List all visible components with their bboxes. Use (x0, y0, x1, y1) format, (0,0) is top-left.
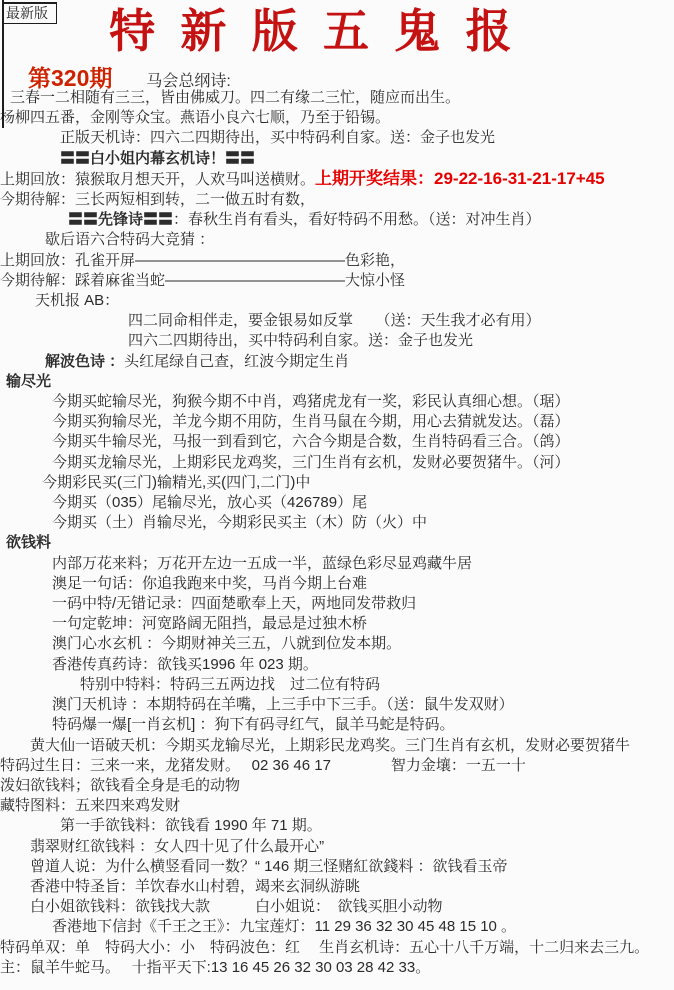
text-line: 今期待解：踩着麻雀当蛇————————————大惊小怪 (0, 271, 674, 291)
text-segment: 正版天机诗：四六二四期待出，买中特码利自家。送：金子也发光 (60, 129, 495, 146)
text-segment: 曾道人说：为什么横竖看同一数？“ 146 期三怪赌紅欲錢料 ：欲钱看玉帝 (30, 858, 508, 875)
text-segment: 澳门天机诗 ：本期特码在羊嘴，上三手中下三手。（送：鼠牛发双财） (52, 696, 514, 713)
text-line: 三春一二相随有三三，皆由佛威刀。四二有缘二三忙，随应而出生。 (10, 88, 674, 108)
text-segment: 香港地下信封《千王之王》：九宝莲灯：11 29 36 32 30 45 48 1… (52, 918, 516, 935)
text-segment: 一码中特/无错记录：四面楚歌奉上天，两地同发带救归 (52, 595, 416, 612)
text-line: 今期买（土）肖输尽光，今期彩民买主（木）防（火）中 (52, 513, 674, 533)
text-line: 欲钱料 (6, 533, 674, 553)
text-segment: 杨柳四五番，金刚等众宝。燕语小良六七顺，乃至于铅锡。 (0, 109, 390, 126)
text-line: 泼妇欲钱料；欲钱看全身是毛的动物 (0, 776, 674, 796)
text-line: 第一手欲钱料：欲钱看 1990 年 71 期。 (60, 816, 674, 836)
text-segment: 欲钱料 (6, 534, 51, 551)
text-segment: 上期回放：孔雀开屏——————————————色彩艳， (0, 252, 405, 269)
text-segment: 内部万花来料；万花开左边一五成一半，蓝绿色彩尽显鸡藏牛居 (52, 555, 472, 572)
text-segment: 特别中特料：特码三五两边找 过二位有特码 (80, 676, 380, 693)
text-segment: 头红尾绿自己查，红波今期定生肖 (124, 353, 349, 370)
text-line: 曾道人说：为什么横竖看同一数？“ 146 期三怪赌紅欲錢料 ：欲钱看玉帝 (30, 857, 674, 877)
text-line: 今期买狗输尽光，羊龙今期不用防，生肖马鼠在今期，用心去猜就发达。（磊） (52, 412, 674, 432)
text-segment: 特码爆一爆[一肖玄机] ：狗下有码寻红气，鼠羊马蛇是特码。 (52, 716, 455, 733)
text-line: 〓〓白小姐内幕玄机诗！〓〓 (60, 149, 674, 169)
text-segment: 今期买牛输尽光，马报一到看到它，六合今期是合数，生肖特码看三合。（鸽） (52, 433, 570, 450)
text-segment: 主：鼠羊牛蛇马。 十指平天下:13 16 45 26 32 30 03 28 4… (0, 959, 430, 976)
text-segment: 上期回放：猿猴取月想天开，人欢马叫送横财。 (0, 171, 315, 188)
text-segment: 解波色诗 ： (45, 353, 124, 370)
text-segment: 一句定乾坤：河宽路阔无阻挡，最忌是过独木桥 (52, 615, 367, 632)
text-line: 今期买牛输尽光，马报一到看到它，六合今期是合数，生肖特码看三合。（鸽） (52, 432, 674, 452)
text-line: 输尽光 (6, 372, 674, 392)
text-line: 翡翠财红欲钱料 ：女人四十见了什么最开心” (30, 837, 674, 857)
text-segment: ：春秋生肖有看头，看好特码不用愁。（送：对冲生肖） (173, 211, 541, 228)
text-line: 特码单双：单 特码大小：小 特码波色：红 生肖玄机诗：五心十八千万端，十二归来去… (0, 938, 674, 958)
text-segment: 今期待解：踩着麻雀当蛇————————————大惊小怪 (0, 272, 405, 289)
text-segment: 天机报 AB： (35, 292, 119, 309)
text-segment: 香港传真药诗：欲钱买1996 年 023 期。 (52, 656, 318, 673)
text-segment: 今期买龙输尽光，上期彩民龙鸡奖，三门生肖有玄机，发财必要贺猪牛。（河） (52, 454, 570, 471)
document: 最新版 特新版五鬼报 第320期马会总纲诗: 三春一二相随有三三，皆由佛威刀。四… (0, 0, 674, 978)
text-segment: 藏特图料：五来四来鸡发财 (0, 797, 180, 814)
text-line: 香港传真药诗：欲钱买1996 年 023 期。 (52, 655, 674, 675)
text-segment: 白小姐欲钱料：欲钱找大款 白小姐说： 欲钱买胆小动物 (30, 898, 443, 915)
text-segment: 四二同命相伴走，要金银易如反掌 （送：天生我才必有用） (128, 312, 541, 329)
text-segment: 三春一二相随有三三，皆由佛威刀。四二有缘二三忙，随应而出生。 (10, 89, 460, 106)
text-segment: 今期买（035）尾输尽光，放心买（426789）尾 (52, 494, 367, 511)
content-lines: 三春一二相随有三三，皆由佛威刀。四二有缘二三忙，随应而出生。杨柳四五番，金刚等众… (0, 88, 674, 978)
text-line: 一句定乾坤：河宽路阔无阻挡，最忌是过独木桥 (52, 614, 674, 634)
text-line: 天机报 AB： (35, 291, 674, 311)
text-segment: 特码过生日：三来一来，龙猪发财。 02 36 46 17 智力金壤：一五一十 (0, 757, 526, 774)
page-title: 特新版五鬼报 (0, 0, 660, 58)
text-line: 黄大仙一语破天机：今期买龙输尽光，上期彩民龙鸡奖。三门生肖有玄机，发财必要贺猪牛 (30, 736, 674, 756)
text-segment: 四六二四期待出，买中特码利自家。送：金子也发光 (128, 332, 473, 349)
text-line: 上期回放：孔雀开屏——————————————色彩艳， (0, 251, 674, 271)
text-segment: 今期彩民买(三门)输精光,买(四门,二门)中 (42, 474, 310, 491)
text-segment: 〓〓白小姐内幕玄机诗！〓〓 (60, 150, 255, 167)
text-line: 〓〓先锋诗〓〓：春秋生肖有看头，看好特码不用愁。（送：对冲生肖） (68, 210, 674, 230)
text-segment: 香港中特圣旨：羊饮春水山村碧，竭来玄洞纵游眺 (30, 878, 360, 895)
text-segment: 特码单双：单 特码大小：小 特码波色：红 生肖玄机诗：五心十八千万端，十二归来去… (0, 939, 649, 956)
text-segment: 上期开奖结果：29-22-16-31-21-17+45 (315, 169, 605, 188)
text-line: 上期回放：猿猴取月想天开，人欢马叫送横财。上期开奖结果：29-22-16-31-… (0, 169, 674, 190)
text-segment: 泼妇欲钱料；欲钱看全身是毛的动物 (0, 777, 240, 794)
text-segment: 黄大仙一语破天机：今期买龙输尽光，上期彩民龙鸡奖。三门生肖有玄机，发财必要贺猪牛 (30, 737, 630, 754)
text-line: 四六二四期待出，买中特码利自家。送：金子也发光 (128, 331, 674, 351)
text-segment: 第一手欲钱料：欲钱看 1990 年 71 期。 (60, 817, 322, 834)
text-segment: 澳足一句话：你追我跑来中奖，马肖今期上台难 (52, 575, 367, 592)
text-line: 正版天机诗：四六二四期待出，买中特码利自家。送：金子也发光 (60, 128, 674, 148)
text-line: 四二同命相伴走，要金银易如反掌 （送：天生我才必有用） (128, 311, 674, 331)
text-line: 今期彩民买(三门)输精光,买(四门,二门)中 (42, 473, 674, 493)
text-line: 今期买龙输尽光，上期彩民龙鸡奖，三门生肖有玄机，发财必要贺猪牛。（河） (52, 453, 674, 473)
text-line: 内部万花来料；万花开左边一五成一半，蓝绿色彩尽显鸡藏牛居 (52, 554, 674, 574)
text-line: 歇后语六合特码大竞猜 ： (45, 230, 674, 250)
text-segment: 〓〓先锋诗〓〓 (68, 211, 173, 228)
text-line: 今期待解：三长两短相到转，二一做五时有数， (0, 190, 674, 210)
text-segment: 输尽光 (6, 373, 51, 390)
text-segment: 澳门心水玄机 ：今期财神关三五，八就到位发本期。 (52, 635, 401, 652)
text-segment: 今期待解：三长两短相到转，二一做五时有数， (0, 191, 315, 208)
text-line: 杨柳四五番，金刚等众宝。燕语小良六七顺，乃至于铅锡。 (0, 108, 674, 128)
text-line: 香港中特圣旨：羊饮春水山村碧，竭来玄洞纵游眺 (30, 877, 674, 897)
text-line: 一码中特/无错记录：四面楚歌奉上天，两地同发带救归 (52, 594, 674, 614)
text-line: 藏特图料：五来四来鸡发财 (0, 796, 674, 816)
text-line: 特别中特料：特码三五两边找 过二位有特码 (80, 675, 674, 695)
text-segment: 今期买（土）肖输尽光，今期彩民买主（木）防（火）中 (52, 514, 427, 531)
text-segment: 歇后语六合特码大竞猜 ： (45, 231, 214, 248)
issue-row: 第320期马会总纲诗: (28, 60, 674, 86)
text-line: 香港地下信封《千王之王》：九宝莲灯：11 29 36 32 30 45 48 1… (52, 917, 674, 937)
text-segment: 今期买蛇输尽光，狗猴今期不中肖，鸡猪虎龙有一奖，彩民认真细心想。（琚） (52, 393, 570, 410)
text-line: 特码过生日：三来一来，龙猪发财。 02 36 46 17 智力金壤：一五一十 (0, 756, 674, 776)
text-line: 解波色诗 ：头红尾绿自己查，红波今期定生肖 (45, 352, 674, 372)
text-line: 主：鼠羊牛蛇马。 十指平天下:13 16 45 26 32 30 03 28 4… (0, 958, 674, 978)
text-segment: 翡翠财红欲钱料 ：女人四十见了什么最开心” (30, 838, 324, 855)
text-line: 白小姐欲钱料：欲钱找大款 白小姐说： 欲钱买胆小动物 (30, 897, 674, 917)
text-line: 今期买蛇输尽光，狗猴今期不中肖，鸡猪虎龙有一奖，彩民认真细心想。（琚） (52, 392, 674, 412)
text-line: 今期买（035）尾输尽光，放心买（426789）尾 (52, 493, 674, 513)
text-line: 澳足一句话：你追我跑来中奖，马肖今期上台难 (52, 574, 674, 594)
text-line: 澳门心水玄机 ：今期财神关三五，八就到位发本期。 (52, 634, 674, 654)
text-line: 特码爆一爆[一肖玄机] ：狗下有码寻红气，鼠羊马蛇是特码。 (52, 715, 674, 735)
text-line: 澳门天机诗 ：本期特码在羊嘴，上三手中下三手。（送：鼠牛发双财） (52, 695, 674, 715)
text-segment: 今期买狗输尽光，羊龙今期不用防，生肖马鼠在今期，用心去猜就发达。（磊） (52, 413, 570, 430)
